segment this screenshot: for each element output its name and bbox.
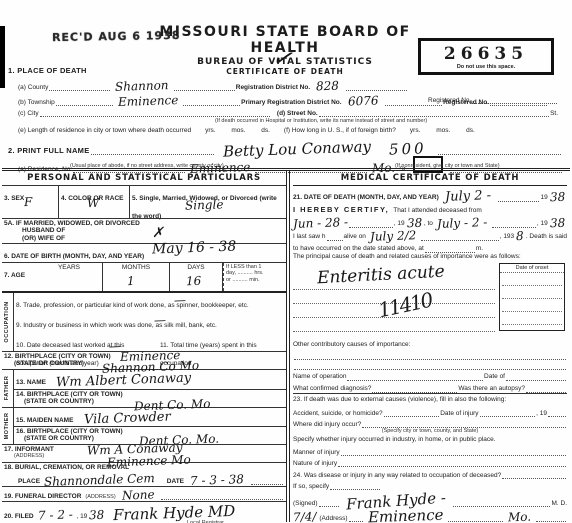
spouse-label-1: 5A. IF MARRIED, WIDOWED, OR DIVORCED (4, 220, 284, 227)
dotted-line (251, 477, 283, 485)
accident-label: Accident, suicide, or homicide? (293, 410, 383, 417)
street-no-label: (d) Street No. (277, 110, 318, 117)
birthplace-field: 12. BIRTHPLACE (CITY OR TOWN) (STATE OR … (2, 352, 286, 370)
residence-length-row: (e) Length of residence in city or town … (18, 127, 558, 134)
date-of-onset-box: Date of onset (499, 263, 565, 331)
certificate-number: 26635 (425, 44, 547, 64)
date-of-death-row: 21. DATE OF DEATH (MONTH, DAY, AND YEAR)… (293, 186, 567, 202)
trade-label: 8. Trade, profession, or particular kind… (16, 302, 249, 309)
registration-district-value: 828 (316, 79, 339, 94)
principal-cause-label: The principal cause of death and related… (293, 253, 567, 263)
signed-row: (Signed) Frank Hyde - M. D. (293, 490, 567, 507)
city-label: (c) City (18, 110, 39, 117)
date-of-death-19: 19 (540, 194, 547, 201)
where-injury-label: Where did injury occur? (293, 421, 361, 428)
contributory-label: Other contributory causes of importance: (293, 341, 567, 350)
spouse-value: ✗ (152, 225, 164, 241)
dotted-line (421, 233, 498, 241)
mother-block: MOTHER 15. MAIDEN NAME Vila Crowder 16. … (2, 408, 286, 445)
dotted-line (174, 83, 235, 91)
year-19-a: , 19 (394, 220, 405, 227)
age-months-field: MONTHS 1 (103, 263, 170, 290)
industry-value: — (154, 313, 166, 327)
attended-from-value: Jun - 28 - (293, 215, 349, 231)
age-row: 7. AGE YEARS MONTHS 1 DAYS 16 If LESS th… (2, 263, 286, 292)
father-name-label: 13. NAME (16, 379, 46, 386)
dotted-line (91, 147, 214, 155)
md-label: M. D. (551, 500, 567, 507)
occupation-fields: 8. Trade, profession, or particular kind… (14, 293, 286, 351)
dotted-line (349, 220, 393, 228)
last-saw-row: I last saw h alive on July 2/2 , 193 8 .… (293, 228, 567, 241)
dotted-line (372, 385, 457, 393)
funeral-director-address-label: (ADDRESS) (85, 494, 115, 500)
manner-label: Manner of injury (293, 449, 340, 456)
mother-name-value: Vila Crowder (84, 409, 171, 427)
dob-value: May 16 - 38 (152, 239, 237, 258)
last-saw-value: July 2/2 (370, 228, 417, 244)
father-birthplace-label-1: 14. BIRTHPLACE (CITY OR TOWN) (16, 391, 284, 398)
box-note: Do not use this space. (425, 64, 547, 70)
dotted-line (526, 385, 566, 393)
onset-dotted-line (502, 286, 562, 299)
race-field: 4. COLOR OR RACE W (59, 186, 130, 218)
certify-label-2: That I attended deceased from (393, 207, 482, 214)
dotted-line (362, 420, 566, 428)
city-street-row: (c) City (d) Street No. St. (18, 109, 558, 117)
full-name-row: 2. PRINT FULL NAME Betty Lou Conaway 500 (8, 140, 562, 155)
burial-field: 18. BURIAL, CREMATION, OR REMOVAL PLACE … (2, 463, 286, 487)
registration-district-label: Registration District No. (236, 84, 310, 91)
burial-date-value: 7 - 3 - 38 (190, 472, 244, 488)
certify-block: I HEREBY CERTIFY, That I attended deceas… (293, 202, 567, 263)
mother-name-label: 15. MAIDEN NAME (16, 417, 73, 424)
occurred-m-label: m. (476, 245, 483, 252)
dotted-line (40, 109, 270, 117)
dotted-line (49, 83, 110, 91)
last-saw-193: , 193 (500, 233, 514, 240)
operation-date-label: Date of (484, 373, 505, 380)
industry-label: 9. Industry or business in which work wa… (16, 322, 217, 329)
address-value: Eminence (367, 506, 443, 523)
spouse-field: 5A. IF MARRIED, WIDOWED, OR DIVORCED HUS… (2, 219, 286, 244)
sex-race-marital-row: 3. SEX F 4. COLOR OR RACE W 5. Single, M… (2, 186, 286, 219)
occupation-block: OCCUPATION 8. Trade, profession, or part… (2, 293, 286, 352)
address-row: 7/4/ (Address) Eminence Mo. (293, 507, 567, 522)
address-label: (Address) (319, 515, 347, 522)
address-state-value: Mo. (508, 510, 532, 523)
primary-district-label: Primary Registration District No. (241, 99, 341, 106)
dotted-line (293, 331, 495, 332)
attended-to-value: July - 2 - (437, 215, 488, 231)
age-years-label: YEARS (38, 264, 100, 271)
contributory-block: Other contributory causes of importance: (293, 341, 567, 370)
last-saw-label-2: alive on (344, 233, 366, 240)
us-length-units: yrs. mos. ds. (410, 127, 475, 134)
marital-value: Single (185, 197, 224, 212)
father-side-label-cell: FATHER (2, 370, 14, 407)
father-block: FATHER 13. NAME Wm Albert Conaway 14. BI… (2, 370, 286, 408)
operation-label: Name of operation (293, 373, 346, 380)
age-days-value: 16 (186, 274, 202, 289)
external-causes-label: 23. If death was due to external causes … (293, 394, 567, 406)
if-so-label: If so, specify (293, 483, 329, 490)
father-side-label: FATHER (4, 376, 10, 401)
injury-19-label: , 19 (536, 410, 547, 417)
signed-label: (Signed) (293, 500, 318, 507)
dotted-line (341, 448, 566, 456)
date-of-death-value: July 2 - (445, 188, 492, 205)
occupation-related-label: 24. Was disease or injury in any way rel… (293, 472, 501, 479)
dotted-line (385, 98, 442, 106)
scan-artifact-bar (0, 26, 5, 88)
father-fields: 13. NAME Wm Albert Conaway 14. BIRTHPLAC… (14, 370, 286, 407)
father-birthplace-field: 14. BIRTHPLACE (CITY OR TOWN) (STATE OR … (14, 390, 286, 407)
age-years-field: YEARS (36, 263, 103, 290)
personal-statistical-column: PERSONAL AND STATISTICAL PARTICULARS 3. … (2, 171, 287, 522)
mother-fields: 15. MAIDEN NAME Vila Crowder 16. BIRTHPL… (14, 408, 286, 444)
occupation-side-label-cell: OCCUPATION (2, 293, 14, 351)
age-days-field: DAYS 16 (170, 263, 223, 290)
death-certificate-scan: REC'D AUG 6 1938 MISSOURI STATE BOARD OF… (0, 0, 572, 523)
injury-date-label: Date of injury (440, 410, 478, 417)
medical-column-header: MEDICAL CERTIFICATE OF DEATH (293, 171, 567, 186)
burial-place-label: PLACE (18, 478, 40, 485)
date-of-death-label: 21. DATE OF DEATH (MONTH, DAY, AND YEAR) (293, 194, 439, 201)
dotted-line (480, 409, 536, 417)
diagnosis-label: What confirmed diagnosis? (293, 385, 371, 392)
specify-place-label: Specify whether injury occurred in indus… (293, 436, 567, 445)
dotted-line (492, 220, 536, 228)
year-19-b: , 19 (537, 220, 548, 227)
full-name-label: 2. PRINT FULL NAME (8, 146, 90, 155)
dob-field: 6. DATE OF BIRTH (MONTH, DAY, AND YEAR) … (2, 244, 286, 263)
dotted-line (502, 471, 566, 479)
dotted-line (330, 482, 380, 490)
dotted-line (327, 233, 343, 241)
occurred-label: to have occurred on the date stated abov… (293, 245, 424, 252)
cause-of-death-value: Enteritis acute (317, 261, 446, 288)
trade-field: 8. Trade, profession, or particular kind… (14, 293, 286, 313)
township-value: Eminence (118, 93, 179, 109)
industry-field: 9. Industry or business in which work wa… (14, 313, 286, 333)
occurred-row: to have occurred on the date stated abov… (293, 241, 567, 253)
age-label: 7. AGE (4, 272, 25, 279)
where-injury-row: Where did injury occur? (293, 417, 567, 428)
nature-label: Nature of injury (293, 460, 337, 467)
burial-label: 18. BURIAL, CREMATION, OR REMOVAL (4, 464, 284, 471)
dotted-line (183, 98, 240, 106)
county-label: (a) County (18, 84, 48, 91)
place-of-death-section-label: 1. PLACE OF DEATH (8, 66, 87, 75)
last-saw-label-1: I last saw h (293, 233, 326, 240)
mother-side-label-cell: MOTHER (2, 408, 14, 444)
county-row: (a) County Shannon Registration District… (18, 79, 408, 91)
cause-of-death-area: Enteritis acute Date of onset 11410 (293, 263, 567, 341)
dotted-line (294, 352, 566, 360)
year-value-b: 38 (549, 215, 565, 230)
sex-field: 3. SEX F (2, 186, 59, 218)
dotted-line (161, 492, 283, 500)
residence-length-units: yrs. mos. ds. (205, 127, 270, 134)
nature-row: Nature of injury (293, 456, 567, 467)
dotted-line (536, 514, 566, 522)
filed-field: 20. FILED 7 - 2 - , 19 38 Frank Hyde MD … (2, 502, 286, 522)
dotted-line (490, 98, 547, 106)
age-days-label: DAYS (172, 264, 220, 271)
date-of-onset-label: Date of onset (500, 264, 564, 273)
dotted-line (506, 373, 566, 381)
dotted-line (384, 409, 440, 417)
funeral-director-label: 19. FUNERAL DIRECTOR (4, 493, 81, 500)
dotted-line (438, 147, 561, 155)
occupation-side-label: OCCUPATION (4, 301, 10, 342)
attended-from-row: Jun - 28 - , 19 38 , to July - 2 - , 19 … (293, 215, 567, 228)
personal-column-header: PERSONAL AND STATISTICAL PARTICULARS (2, 171, 286, 186)
mother-side-label: MOTHER (4, 412, 10, 439)
dotted-line (548, 409, 566, 417)
dotted-line (347, 373, 483, 381)
diagnosis-row: What confirmed diagnosis? Was there an a… (293, 381, 567, 394)
last-saw-year: 8 (516, 229, 524, 243)
filed-date-value: 7 - 2 - (37, 507, 72, 522)
dotted-line (349, 514, 363, 522)
dotted-line (453, 499, 551, 507)
dotted-line (498, 194, 540, 202)
occupation-related-row: 24. Was disease or injury in any way rel… (293, 467, 567, 479)
age-months-label: MONTHS (105, 264, 167, 271)
certify-label: I HEREBY CERTIFY, (293, 206, 389, 215)
main-columns: PERSONAL AND STATISTICAL PARTICULARS 3. … (2, 168, 570, 522)
operation-row: Name of operation Date of (293, 370, 567, 381)
dotted-line (319, 109, 549, 117)
age-field-label: 7. AGE (2, 263, 36, 290)
specify-city-note: (Specify city or town, county, and State… (293, 428, 567, 435)
age-less-field: If LESS than 1 day, .......... hrs. or .… (223, 263, 286, 290)
marital-field: 5. Single, Married, Widowed, or Divorced… (130, 186, 286, 218)
dotted-line (346, 83, 407, 91)
dob-label: 6. DATE OF BIRTH (MONTH, DAY, AND YEAR) (4, 253, 144, 260)
manner-row: Manner of injury (293, 445, 567, 456)
dotted-line (293, 289, 495, 290)
mother-name-field: 15. MAIDEN NAME Vila Crowder (14, 408, 286, 427)
filed-19-label: , 19 (76, 513, 87, 520)
onset-dotted-line (502, 312, 562, 325)
us-length-label: (f) How long in U. S., if of foreign bir… (284, 127, 396, 134)
father-name-value: Wm Albert Conaway (56, 370, 192, 390)
county-value: Shannon (115, 78, 169, 94)
race-value: W (87, 196, 100, 210)
residence-length-label: (e) Length of residence in city or town … (18, 127, 191, 134)
registered-no-right-label: Registered No. (443, 99, 489, 106)
st-suffix: St. (550, 110, 558, 117)
funeral-director-value: None (121, 487, 154, 502)
date-of-death-year: 38 (549, 189, 565, 204)
birthplace-label-1: 12. BIRTHPLACE (CITY OR TOWN) (4, 353, 114, 360)
medical-certificate-column: MEDICAL CERTIFICATE OF DEATH 21. DATE OF… (289, 171, 570, 522)
dotted-line (448, 514, 503, 522)
township-label: (b) Township (18, 99, 55, 106)
informant-field: 17. INFORMANT (ADDRESS) Wm A Conaway Emi… (2, 445, 286, 463)
address-date-scribble: 7/4/ (293, 510, 317, 523)
filed-label: 20. FILED (4, 513, 34, 520)
to-label: , to (424, 220, 433, 227)
dotted-line (319, 499, 339, 507)
township-row: (b) Township Eminence Primary Registrati… (18, 94, 548, 106)
dotted-line (294, 362, 566, 370)
father-name-field: 13. NAME Wm Albert Conaway (14, 370, 286, 390)
dotted-line (56, 98, 113, 106)
certificate-number-box: 26635 Do not use this space. (418, 38, 554, 75)
hospital-note: (If death occurred in Hospital or Instit… (215, 118, 427, 124)
sex-label: 3. SEX (4, 195, 24, 202)
filed-year-value: 38 (89, 508, 105, 523)
age-less-label-3: or .......... min. (226, 277, 284, 283)
sex-value: F (24, 195, 33, 209)
age-months-value: 1 (127, 274, 135, 288)
dotted-line (338, 459, 566, 467)
burial-date-label: DATE (167, 478, 184, 485)
onset-dotted-line (502, 299, 562, 312)
funeral-director-field: 19. FUNERAL DIRECTOR (ADDRESS) None (2, 487, 286, 502)
accident-row: Accident, suicide, or homicide? Date of … (293, 406, 567, 417)
trade-value: — (174, 293, 186, 307)
dotted-line (425, 245, 475, 253)
onset-dotted-line (502, 273, 562, 286)
primary-district-value: 6076 (347, 93, 378, 108)
death-is-said-label: . Death is said (526, 233, 567, 240)
autopsy-label: Was there an autopsy? (458, 385, 525, 392)
